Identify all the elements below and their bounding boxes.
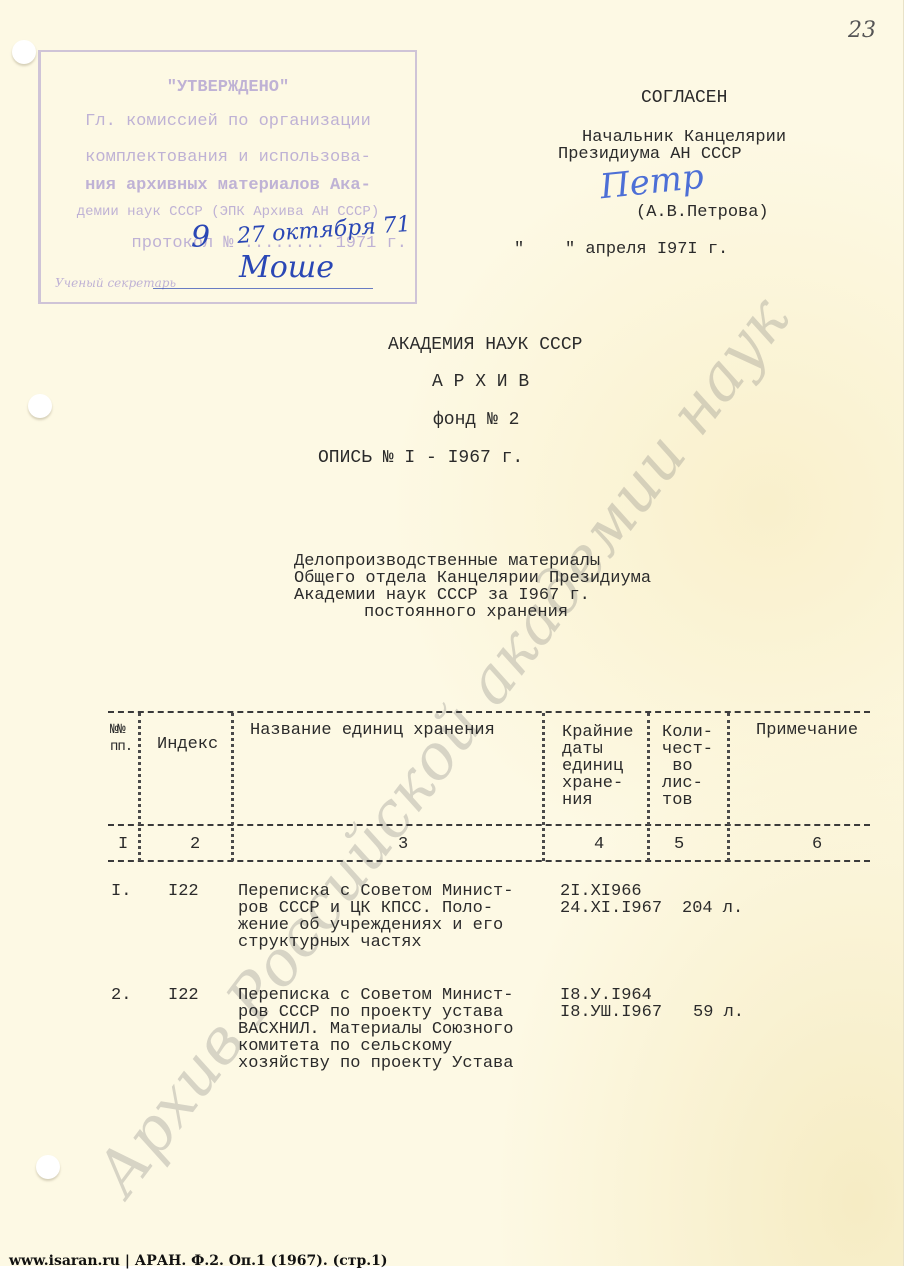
column-divider-5 bbox=[727, 713, 730, 861]
punch-hole-middle bbox=[28, 394, 52, 418]
document-page: 23 Архив Российской академии наук "УТВЕР… bbox=[0, 0, 904, 1266]
punch-hole-top bbox=[12, 40, 36, 64]
column-number-6: 6 bbox=[812, 836, 822, 853]
column-number-4: 4 bbox=[594, 836, 604, 853]
column-divider-3 bbox=[542, 713, 545, 861]
stamp-protocol-number: 9 bbox=[191, 220, 210, 255]
archive-title: А Р Х И В bbox=[432, 372, 529, 392]
header-row-number: №№ пп. bbox=[110, 722, 132, 756]
column-divider-1 bbox=[138, 713, 141, 861]
handwritten-page-number: 23 bbox=[848, 18, 876, 43]
row-sheets: 204 л. bbox=[682, 900, 743, 917]
column-number-5: 5 bbox=[674, 836, 684, 853]
row-dates: 2I.XI966 24.XI.I967 bbox=[560, 883, 662, 917]
table-header-rule bbox=[108, 824, 870, 826]
row-sheets: 59 л. bbox=[693, 1004, 744, 1021]
row-number: 2. bbox=[111, 987, 131, 1004]
secretary-signature-line bbox=[153, 288, 373, 289]
fond-number: фонд № 2 bbox=[433, 410, 519, 430]
archive-watermark: Архив Российской академии наук bbox=[81, 366, 741, 1209]
approval-date: " " апреля I97I г. bbox=[514, 240, 728, 259]
stamp-line-1: Гл. комиссией по организации bbox=[41, 112, 415, 131]
column-number-1: I bbox=[118, 836, 128, 853]
header-notes: Примечание bbox=[756, 722, 858, 739]
stamp-handwritten-signature: Мошe bbox=[239, 250, 334, 285]
table-top-rule bbox=[108, 711, 870, 713]
row-dates: I8.У.I964 I8.УШ.I967 bbox=[560, 987, 662, 1021]
header-sheet-count: Коли- чест- во лис- тов bbox=[662, 724, 713, 809]
header-index: Индекс bbox=[157, 736, 218, 753]
subtitle-line-4: постоянного хранения bbox=[364, 603, 568, 622]
organization-title: АКАДЕМИЯ НАУК СССР bbox=[388, 335, 582, 355]
row-title: Переписка с Советом Минист- ров СССР по … bbox=[238, 987, 513, 1072]
column-divider-4 bbox=[647, 713, 650, 861]
column-divider-2 bbox=[231, 713, 234, 861]
opis-number: ОПИСЬ № I - I967 г. bbox=[318, 448, 523, 468]
punch-hole-bottom bbox=[36, 1155, 60, 1179]
table-numbers-rule bbox=[108, 860, 870, 862]
stamp-line-2: комплектования и использова- bbox=[41, 148, 415, 167]
stamp-title: "УТВЕРЖДЕНО" bbox=[41, 78, 415, 97]
row-index: I22 bbox=[168, 883, 199, 900]
approval-heading: СОГЛАСЕН bbox=[641, 88, 727, 108]
row-index: I22 bbox=[168, 987, 199, 1004]
stamp-line-3: ния архивных материалов Ака- bbox=[41, 176, 415, 195]
column-number-2: 2 bbox=[190, 836, 200, 853]
header-unit-title: Название единиц хранения bbox=[250, 722, 495, 739]
approval-name: (А.В.Петрова) bbox=[636, 203, 769, 222]
approval-signature: Петр bbox=[598, 157, 705, 208]
source-footer: www.isaran.ru | АРАН. Ф.2. Оп.1 (1967). … bbox=[9, 1253, 388, 1269]
row-title: Переписка с Советом Минист- ров СССР и Ц… bbox=[238, 883, 513, 951]
approval-stamp: "УТВЕРЖДЕНО" Гл. комиссией по организаци… bbox=[38, 50, 417, 304]
row-number: I. bbox=[111, 883, 131, 900]
column-number-3: 3 bbox=[398, 836, 408, 853]
header-date-range: Крайние даты единиц хране- ния bbox=[562, 724, 633, 809]
